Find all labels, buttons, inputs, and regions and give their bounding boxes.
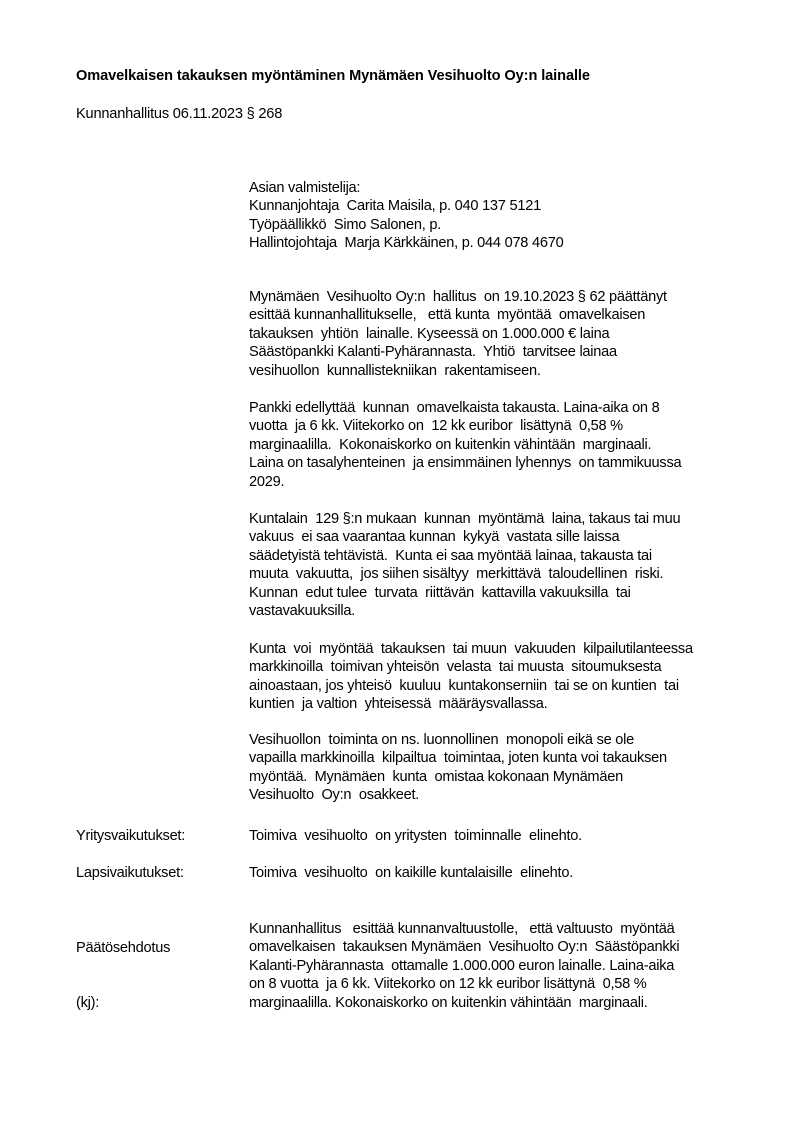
text-line: on 8 vuotta ja 6 kk. Viitekorko on 12 kk… — [249, 975, 749, 993]
meeting-reference: Kunnanhallitus 06.11.2023 § 268 — [76, 105, 282, 123]
text-line: 2029. — [249, 473, 749, 491]
text-line: Laina on tasalyhenteinen ja ensimmäinen … — [249, 454, 749, 472]
text-line: omavelkaisen takauksen Mynämäen Vesihuol… — [249, 938, 749, 956]
text-line: Kuntalain 129 §:n mukaan kunnan myöntämä… — [249, 510, 749, 528]
preparer-person: Hallintojohtaja Marja Kärkkäinen, p. 044… — [249, 234, 749, 252]
proposal-label-line: Päätösehdotus — [76, 939, 170, 957]
proposal-label-line: (kj): — [76, 994, 170, 1012]
text-line: esittää kunnanhallitukselle, että kunta … — [249, 306, 749, 324]
text-line: Pankki edellyttää kunnan omavelkaista ta… — [249, 399, 749, 417]
text-line: vakuus ei saa vaarantaa kunnan kykyä vas… — [249, 528, 749, 546]
business-impact-label: Yritysvaikutukset: — [76, 827, 185, 845]
preparer-block: Asian valmistelija: Kunnanjohtaja Carita… — [249, 179, 749, 253]
document-page: Omavelkaisen takauksen myöntäminen Mynäm… — [0, 0, 794, 1122]
document-title: Omavelkaisen takauksen myöntäminen Mynäm… — [76, 67, 590, 85]
child-impact-text: Toimiva vesihuolto on kaikille kuntalais… — [249, 864, 573, 882]
text-line: myöntää. Mynämäen kunta omistaa kokonaan… — [249, 768, 749, 786]
text-line: takauksen yhtiön lainalle. Kyseessä on 1… — [249, 325, 749, 343]
preparer-heading: Asian valmistelija: — [249, 179, 749, 197]
text-line: Kunta voi myöntää takauksen tai muun vak… — [249, 640, 749, 658]
text-line: ainoastaan, jos yhteisö kuuluu kuntakons… — [249, 677, 749, 695]
text-line: Säästöpankki Kalanti-Pyhärannasta. Yhtiö… — [249, 343, 749, 361]
paragraph-loan-terms: Pankki edellyttää kunnan omavelkaista ta… — [249, 399, 749, 491]
preparer-person: Kunnanjohtaja Carita Maisila, p. 040 137… — [249, 197, 749, 215]
preparer-person: Työpäällikkö Simo Salonen, p. — [249, 216, 749, 234]
child-impact-label: Lapsivaikutukset: — [76, 864, 184, 882]
text-line: Kunnanhallitus esittää kunnanvaltuustoll… — [249, 920, 749, 938]
text-line: kuntien ja valtion yhteisessä määräysval… — [249, 695, 749, 713]
text-line: Vesihuolto Oy:n osakkeet. — [249, 786, 749, 804]
business-impact-text: Toimiva vesihuolto on yritysten toiminna… — [249, 827, 582, 845]
proposal-label: Päätösehdotus (kj): — [76, 902, 170, 1049]
text-line: Mynämäen Vesihuolto Oy:n hallitus on 19.… — [249, 288, 749, 306]
paragraph-competition: Kunta voi myöntää takauksen tai muun vak… — [249, 640, 749, 714]
text-line: marginaalilla. Kokonaiskorko on kuitenki… — [249, 994, 749, 1012]
paragraph-monopoly: Vesihuollon toiminta on ns. luonnollinen… — [249, 731, 749, 805]
text-line: vuotta ja 6 kk. Viitekorko on 12 kk euri… — [249, 417, 749, 435]
text-line: Kunnan edut tulee turvata riittävän katt… — [249, 584, 749, 602]
text-line: vastavakuuksilla. — [249, 602, 749, 620]
text-line: säädetyistä tehtävistä. Kunta ei saa myö… — [249, 547, 749, 565]
text-line: Vesihuollon toiminta on ns. luonnollinen… — [249, 731, 749, 749]
text-line: vesihuollon kunnallistekniikan rakentami… — [249, 362, 749, 380]
text-line: muuta vakuutta, jos siihen sisältyy merk… — [249, 565, 749, 583]
text-line: Kalanti-Pyhärannasta ottamalle 1.000.000… — [249, 957, 749, 975]
paragraph-municipal-law: Kuntalain 129 §:n mukaan kunnan myöntämä… — [249, 510, 749, 620]
text-line: markkinoilla toimivan yhteisön velasta t… — [249, 658, 749, 676]
text-line: vapailla markkinoilla kilpailtua toimint… — [249, 749, 749, 767]
proposal-text: Kunnanhallitus esittää kunnanvaltuustoll… — [249, 920, 749, 1012]
text-line: marginaalilla. Kokonaiskorko on kuitenki… — [249, 436, 749, 454]
paragraph-background: Mynämäen Vesihuolto Oy:n hallitus on 19.… — [249, 288, 749, 380]
